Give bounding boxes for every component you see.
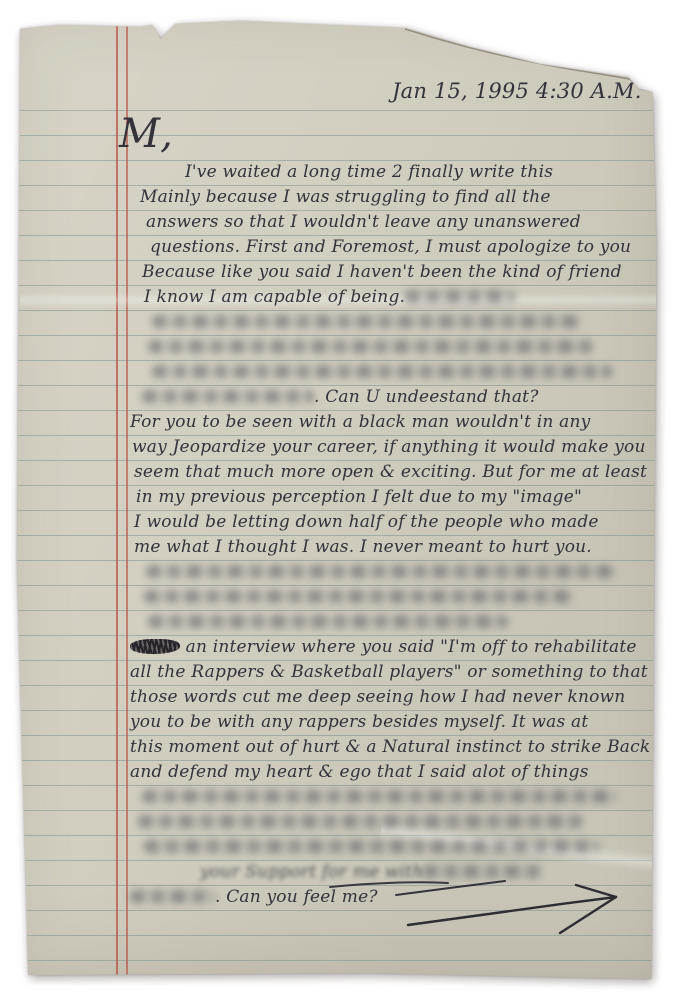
blurred-text-region xyxy=(152,315,582,328)
letter-line-7 xyxy=(130,310,642,335)
handwriting-text: seem that much more open & exciting. But… xyxy=(134,462,647,482)
handwriting-text: way Jeopardize your career, if anything … xyxy=(132,437,646,457)
letter-line-24: this moment out of hurt & a Natural inst… xyxy=(130,735,642,760)
letter-line-6: I know I am capable of being. xyxy=(130,285,642,310)
handwriting-text: Because like you said I haven't been the… xyxy=(142,262,622,282)
letter-line-11: For you to be seen with a black man woul… xyxy=(130,410,642,435)
letter-line-15: I would be letting down half of the peop… xyxy=(130,510,642,535)
handwriting-text: I would be letting down half of the peop… xyxy=(134,512,599,532)
salutation: M, xyxy=(119,104,173,164)
handwriting-text: those words cut me deep seeing how I had… xyxy=(130,687,625,707)
scribbled-out-word xyxy=(130,639,180,654)
letter-line-26 xyxy=(130,785,642,810)
blurred-text-region xyxy=(144,590,574,603)
letter-line-5: Because like you said I haven't been the… xyxy=(130,260,642,285)
letter-line-3: answers so that I wouldn't leave any una… xyxy=(130,210,642,235)
letter-line-18 xyxy=(130,585,642,610)
handwriting-text: questions. First and Foremost, I must ap… xyxy=(150,237,631,257)
handwriting-text: Mainly because I was struggling to find … xyxy=(140,187,551,207)
letter-photo: Jan 15, 1995 4:30 A.M. M, I've waited a … xyxy=(0,0,674,1000)
letter-line-19 xyxy=(130,610,642,635)
blurred-text-region xyxy=(152,365,612,378)
letter-line-14: in my previous perception I felt due to … xyxy=(130,485,642,510)
letter-line-20: an interview where you said "I'm off to … xyxy=(130,635,642,660)
blurred-text-region xyxy=(130,890,215,903)
letter-line-23: you to be with any rappers besides mysel… xyxy=(130,710,642,735)
handwriting-text: and defend my heart & ego that I said al… xyxy=(130,762,589,782)
handwriting-text: you to be with any rappers besides mysel… xyxy=(130,712,588,732)
letter-line-13: seem that much more open & exciting. But… xyxy=(130,460,642,485)
handwriting-text: For you to be seen with a black man woul… xyxy=(130,412,590,432)
blurred-text-region xyxy=(148,340,593,353)
handwriting-text: an interview where you said "I'm off to … xyxy=(180,637,637,657)
blurred-text-region xyxy=(405,290,515,303)
blurred-handwriting-text: your Support for me with xyxy=(200,862,423,882)
red-margin-line xyxy=(116,24,128,980)
handwriting-text: this moment out of hurt & a Natural inst… xyxy=(130,737,650,757)
blurred-text-region xyxy=(142,390,314,403)
handwriting-text: all the Rappers & Basketball players" or… xyxy=(130,662,674,682)
letter-page: Jan 15, 1995 4:30 A.M. M, I've waited a … xyxy=(0,0,674,1000)
photo-background: { "document": { "kind": "handwritten-let… xyxy=(0,0,674,1000)
blurred-text-region xyxy=(142,790,617,803)
handwriting-text: I've waited a long time 2 finally write … xyxy=(185,162,553,182)
letter-line-28 xyxy=(130,835,642,860)
letter-line-1: I've waited a long time 2 finally write … xyxy=(130,160,642,185)
letter-line-27 xyxy=(130,810,642,835)
handwriting-text: in my previous perception I felt due to … xyxy=(136,487,582,507)
letter-line-25: and defend my heart & ego that I said al… xyxy=(130,760,642,785)
letter-line-8 xyxy=(130,335,642,360)
letter-line-21: all the Rappers & Basketball players" or… xyxy=(130,660,642,685)
letter-line-4: questions. First and Foremost, I must ap… xyxy=(130,235,642,260)
letter-line-30: . Can you feel me? xyxy=(130,885,642,910)
letter-line-29: your Support for me with xyxy=(130,860,642,885)
letter-line-17 xyxy=(130,560,642,585)
blurred-text-region xyxy=(423,865,543,878)
handwriting-text: answers so that I wouldn't leave any una… xyxy=(146,212,581,232)
handwriting-text: me what I thought I was. I never meant t… xyxy=(134,537,592,557)
blurred-text-region xyxy=(146,565,616,578)
letter-line-16: me what I thought I was. I never meant t… xyxy=(130,535,642,560)
letter-line-10: . Can U undeestand that? xyxy=(130,385,642,410)
letter-body: I've waited a long time 2 finally write … xyxy=(130,160,642,910)
letter-line-9 xyxy=(130,360,642,385)
handwriting-text: . Can you feel me? xyxy=(215,887,378,907)
letter-line-2: Mainly because I was struggling to find … xyxy=(130,185,642,210)
blurred-text-region xyxy=(138,815,583,828)
blurred-text-region xyxy=(144,840,599,853)
handwriting-text: I know I am capable of being. xyxy=(144,287,405,307)
blurred-text-region xyxy=(148,615,508,628)
handwriting-text: . Can U undeestand that? xyxy=(314,387,539,407)
letter-line-12: way Jeopardize your career, if anything … xyxy=(130,435,642,460)
letter-line-22: those words cut me deep seeing how I had… xyxy=(130,685,642,710)
date-line: Jan 15, 1995 4:30 A.M. xyxy=(392,79,642,103)
